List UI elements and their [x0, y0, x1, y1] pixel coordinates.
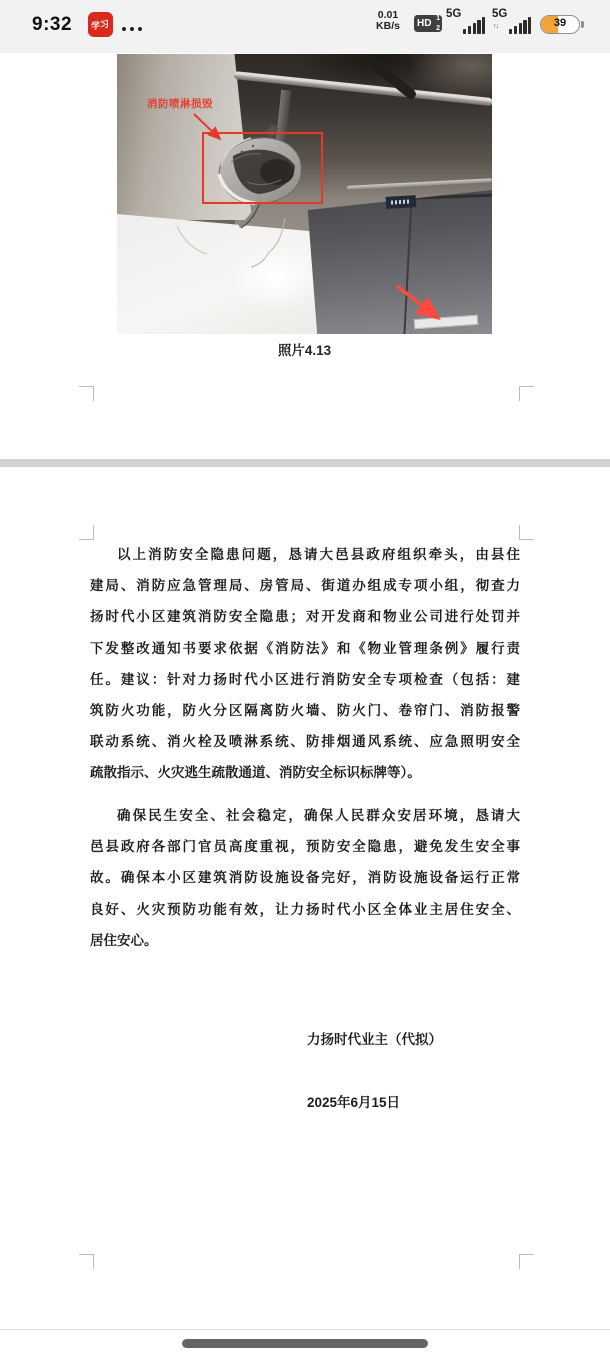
data-arrows-icon: ↑↓ [493, 23, 498, 30]
corner-mark [519, 1254, 534, 1269]
network-speed-unit: KB/s [366, 21, 410, 32]
status-bar: 9:32 学习 0.01 KB/s HD 1 2 5G 5G ↑↓ [0, 0, 610, 53]
body-line: 良好、火灾预防功能有效，让力扬时代小区全体业主居住安全、 [90, 894, 520, 925]
hd-sim1-index: 1 [436, 15, 440, 22]
body-line: 邑县政府各部门官员高度重视，预防安全隐患，避免发生安全事 [90, 831, 520, 862]
body-line: 以上消防安全隐患问题，恳请大邑县政府组织牵头，由县住 [90, 539, 520, 570]
volte-hd-icon: HD 1 2 [414, 15, 442, 32]
body-line: 故。确保本小区建筑消防设施设备完好，消防设施设备运行正常 [90, 862, 520, 893]
hd-sim2-index: 2 [436, 25, 440, 32]
network-speed: 0.01 KB/s [366, 10, 410, 32]
battery-icon: 39 [540, 15, 580, 34]
signal-sim1: 5G [446, 8, 488, 34]
clock-label: 9:32 [32, 14, 72, 36]
sim1-network-label: 5G [446, 8, 461, 20]
photo-annotation-label: 消防喷淋损毁 [147, 96, 213, 111]
inspection-photo[interactable]: 消防喷淋损毁 [117, 54, 492, 334]
page-separator [0, 459, 610, 467]
corner-mark [79, 1254, 94, 1269]
photo-caption: 照片4.13 [117, 339, 492, 359]
signal-bars-icon [463, 17, 485, 34]
door-arrow-icon [397, 286, 438, 318]
wall-crack [177, 226, 207, 254]
corner-mark [519, 525, 534, 540]
signal-bars-icon [509, 17, 531, 34]
xuexi-badge-text: 学习 [91, 17, 111, 32]
corner-mark [79, 525, 94, 540]
screen: 9:32 学习 0.01 KB/s HD 1 2 5G 5G ↑↓ [0, 0, 610, 1356]
wall-crack [251, 218, 285, 267]
battery-nub [581, 21, 584, 28]
sim2-network-label: 5G [492, 8, 507, 20]
date-line: 2025年6月15日 [307, 1091, 400, 1111]
body-line: 下发整改通知书要求依据《消防法》和《物业管理条例》履行责 [90, 633, 520, 664]
corner-mark [79, 386, 94, 401]
body-line: 疏散指示、火灾逃生疏散通道、消防安全标识标牌等）。 [90, 757, 520, 788]
paragraph-1: 以上消防安全隐患问题，恳请大邑县政府组织牵头，由县住 建局、消防应急管理局、房管… [90, 539, 520, 789]
hd-label: HD [417, 18, 431, 29]
signal-sim2: 5G ↑↓ [492, 8, 534, 34]
menu-dots-icon [122, 27, 142, 31]
signature-line: 力扬时代业主（代拟） [307, 1028, 442, 1048]
body-line: 扬时代小区建筑消防安全隐患；对开发商和物业公司进行处罚并 [90, 601, 520, 632]
paragraph-2: 确保民生安全、社会稳定，确保人民群众安居环境，恳请大 邑县政府各部门官员高度重视… [90, 800, 520, 956]
bottom-divider [0, 1329, 610, 1330]
body-line: 确保民生安全、社会稳定，确保人民群众安居环境，恳请大 [90, 800, 520, 831]
annotation-arrow-icon [194, 114, 220, 139]
xuexi-app-badge: 学习 [88, 12, 113, 37]
body-line: 任。建议：针对力扬时代小区进行消防安全专项检查（包括：建 [90, 664, 520, 695]
home-indicator[interactable] [182, 1339, 428, 1348]
body-line: 联动系统、消火栓及喷淋系统、防排烟通风系统、应急照明安全 [90, 726, 520, 757]
body-line: 筑防火功能，防火分区隔离防火墙、防火门、卷帘门、消防报警 [90, 695, 520, 726]
battery-percent: 39 [541, 17, 579, 29]
body-line: 居住安心。 [90, 925, 520, 956]
body-line: 建局、消防应急管理局、房管局、街道办组成专项小组，彻查力 [90, 570, 520, 601]
corner-mark [519, 386, 534, 401]
